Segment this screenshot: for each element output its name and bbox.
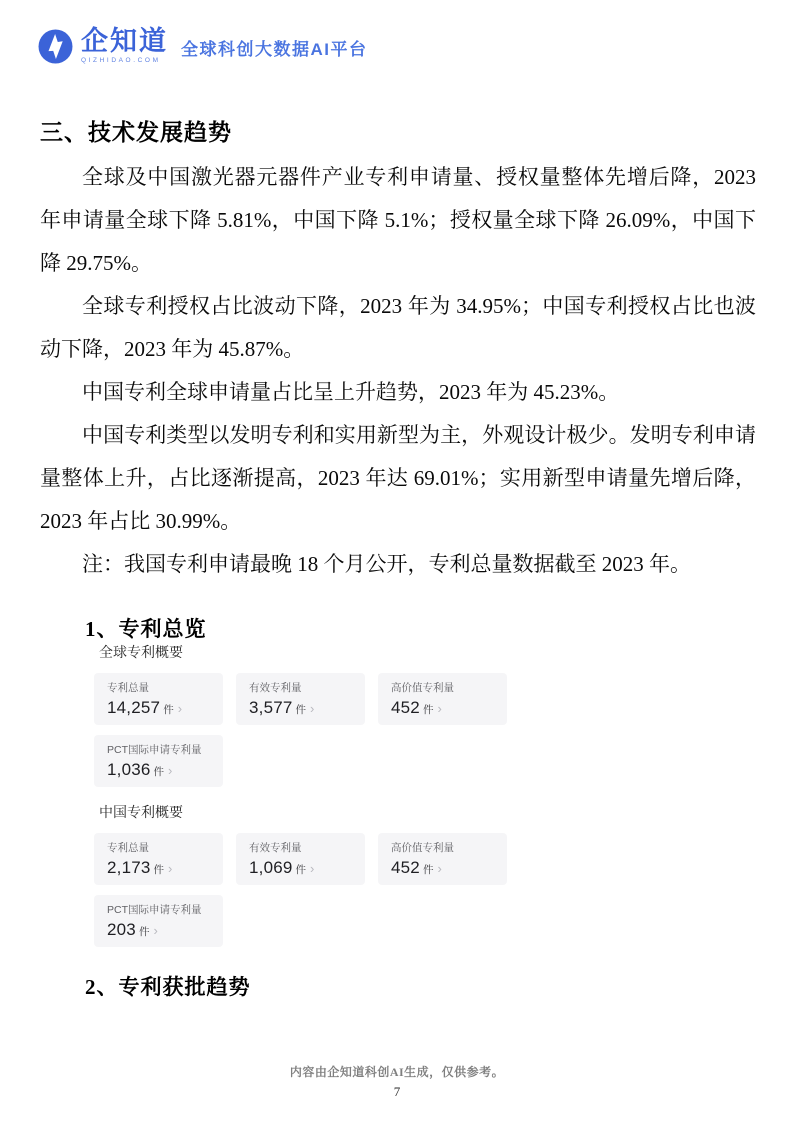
card-unit: 件 xyxy=(423,862,434,877)
brand-name: 企知道 xyxy=(81,28,168,55)
card-global-valid-patents[interactable]: 有效专利量 3,577 件 › xyxy=(236,673,365,725)
global-cards-row-1: 专利总量 14,257 件 › 有效专利量 3,577 件 › 高价值专利量 4… xyxy=(94,673,694,725)
brand-wordmark: 企知道 QIZHIDAO.COM xyxy=(81,28,168,65)
card-value: 1,036 xyxy=(107,760,151,780)
section-title: 三、技术发展趋势 xyxy=(40,114,232,147)
card-unit: 件 xyxy=(296,862,307,877)
global-cards-row-2: PCT国际申请专利量 1,036 件 › xyxy=(94,735,694,787)
page-number: 7 xyxy=(0,1084,794,1100)
chevron-right-icon: › xyxy=(153,924,157,937)
card-global-pct-patents[interactable]: PCT国际申请专利量 1,036 件 › xyxy=(94,735,223,787)
group-label-china: 中国专利概要 xyxy=(99,802,694,822)
chevron-right-icon: › xyxy=(310,862,314,875)
qizhidao-logo-icon xyxy=(38,29,73,64)
patent-overview-panel: 全球专利概要 专利总量 14,257 件 › 有效专利量 3,577 件 › 高 xyxy=(94,642,694,957)
report-page: 企知道 QIZHIDAO.COM 全球科创大数据AI平台 三、技术发展趋势 全球… xyxy=(0,0,794,1123)
card-label: 高价值专利量 xyxy=(391,842,494,855)
card-unit: 件 xyxy=(423,702,434,717)
china-cards-row-1: 专利总量 2,173 件 › 有效专利量 1,069 件 › 高价值专利量 45… xyxy=(94,833,694,885)
chevron-right-icon: › xyxy=(437,862,441,875)
card-label: 有效专利量 xyxy=(249,842,352,855)
chevron-right-icon: › xyxy=(437,702,441,715)
card-global-total-patents[interactable]: 专利总量 14,257 件 › xyxy=(94,673,223,725)
card-value: 2,173 xyxy=(107,858,151,878)
subsection-title-patent-overview: 1、专利总览 xyxy=(85,613,207,643)
brand-header: 企知道 QIZHIDAO.COM 全球科创大数据AI平台 xyxy=(38,28,368,65)
card-china-pct-patents[interactable]: PCT国际申请专利量 203 件 › xyxy=(94,895,223,947)
footer-disclaimer: 内容由企知道科创AI生成，仅供参考。 xyxy=(0,1063,794,1080)
card-china-total-patents[interactable]: 专利总量 2,173 件 › xyxy=(94,833,223,885)
subsection-title-grant-trend: 2、专利获批趋势 xyxy=(85,971,251,1001)
card-label: 专利总量 xyxy=(107,842,210,855)
paragraph-china-share: 中国专利全球申请量占比呈上升趋势，2023 年为 45.23%。 xyxy=(40,371,756,414)
card-value: 452 xyxy=(391,858,420,878)
paragraph-grant-ratio: 全球专利授权占比波动下降，2023 年为 34.95%；中国专利授权占比也波动下… xyxy=(40,285,756,371)
card-unit: 件 xyxy=(296,702,307,717)
card-label: PCT国际申请专利量 xyxy=(107,904,210,917)
card-value: 1,069 xyxy=(249,858,293,878)
chevron-right-icon: › xyxy=(168,862,172,875)
card-value: 203 xyxy=(107,920,136,940)
card-unit: 件 xyxy=(139,924,150,939)
card-unit: 件 xyxy=(154,764,165,779)
card-label: 高价值专利量 xyxy=(391,682,494,695)
paragraph-trend-overview: 全球及中国激光器元器件产业专利申请量、授权量整体先增后降，2023 年申请量全球… xyxy=(40,156,756,285)
card-label: 有效专利量 xyxy=(249,682,352,695)
card-china-high-value-patents[interactable]: 高价值专利量 452 件 › xyxy=(378,833,507,885)
paragraph-note: 注：我国专利申请最晚 18 个月公开，专利总量数据截至 2023 年。 xyxy=(40,543,756,586)
group-label-global: 全球专利概要 xyxy=(99,642,694,662)
card-global-high-value-patents[interactable]: 高价值专利量 452 件 › xyxy=(378,673,507,725)
chevron-right-icon: › xyxy=(168,764,172,777)
card-label: 专利总量 xyxy=(107,682,210,695)
card-unit: 件 xyxy=(163,702,174,717)
brand-domain: QIZHIDAO.COM xyxy=(81,58,168,65)
card-unit: 件 xyxy=(154,862,165,877)
paragraph-patent-types: 中国专利类型以发明专利和实用新型为主，外观设计极少。发明专利申请量整体上升，占比… xyxy=(40,414,756,543)
card-china-valid-patents[interactable]: 有效专利量 1,069 件 › xyxy=(236,833,365,885)
card-label: PCT国际申请专利量 xyxy=(107,744,210,757)
body-text: 全球及中国激光器元器件产业专利申请量、授权量整体先增后降，2023 年申请量全球… xyxy=(40,156,756,586)
brand-tagline: 全球科创大数据AI平台 xyxy=(181,33,368,60)
china-cards-row-2: PCT国际申请专利量 203 件 › xyxy=(94,895,694,947)
card-value: 452 xyxy=(391,698,420,718)
card-value: 3,577 xyxy=(249,698,293,718)
chevron-right-icon: › xyxy=(178,702,182,715)
card-value: 14,257 xyxy=(107,698,160,718)
chevron-right-icon: › xyxy=(310,702,314,715)
